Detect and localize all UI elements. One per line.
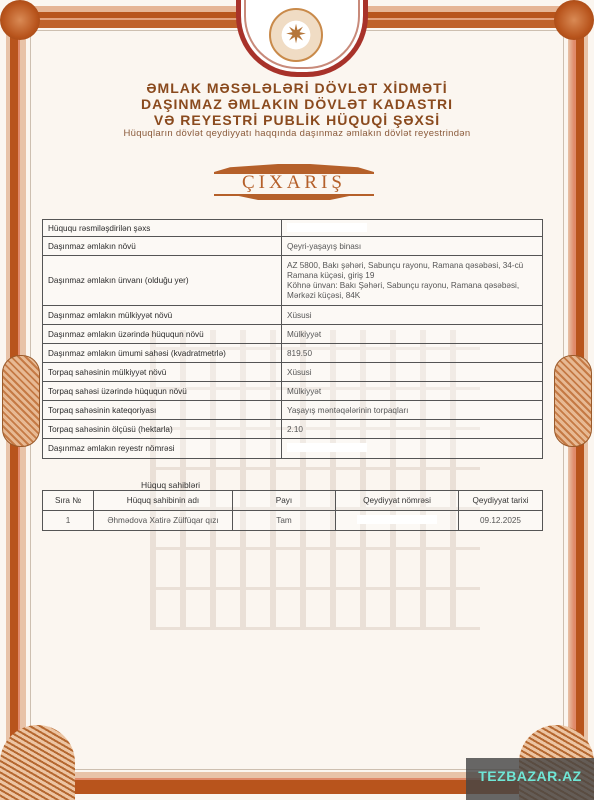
field-label: Torpaq sahəsi üzərində hüququn növü <box>43 382 282 401</box>
address-line: AZ 5800, Bakı şəhəri, Sabunçu rayonu, Ra… <box>287 261 537 271</box>
owner-share: Tam <box>233 511 336 531</box>
column-header: Qeydiyyat nömrəsi <box>336 491 459 511</box>
document-title: ÇIXARIŞ <box>214 172 374 194</box>
document-subtitle: Hüquqların dövlət qeydiyyatı haqqında da… <box>0 128 594 139</box>
table-row: Torpaq sahəsinin mülkiyyət növü Xüsusi <box>43 363 543 382</box>
column-header: Qeydiyyat tarixi <box>459 491 543 511</box>
field-value: Xüsusi <box>282 306 543 325</box>
registration-date: 09.12.2025 <box>459 511 543 531</box>
field-value-redacted <box>282 220 543 237</box>
table-row: Torpaq sahəsi üzərində hüququn növü Mülk… <box>43 382 543 401</box>
owner-name: Əhmədova Xatirə Zülfüqar qızı <box>94 511 233 531</box>
table-row: 1 Əhmədova Xatirə Zülfüqar qızı Tam 09.1… <box>43 511 543 531</box>
banner-ornament-top <box>214 164 374 172</box>
site-watermark-text: TEZBAZAR.AZ <box>466 768 594 784</box>
field-value: Mülkiyyət <box>282 382 543 401</box>
column-header: Sıra № <box>43 491 94 511</box>
field-label: Hüququ rəsmiləşdirilən şəxs <box>43 220 282 237</box>
field-label: Torpaq sahəsinin kateqoriyası <box>43 401 282 420</box>
table-row: Daşınmaz əmlakın üzərində hüququn növü M… <box>43 325 543 344</box>
property-info-table: Hüququ rəsmiləşdirilən şəxs Daşınmaz əml… <box>42 219 543 459</box>
field-value: Yaşayış məntəqələrinin torpaqları <box>282 401 543 420</box>
document-title-banner: ÇIXARIŞ <box>214 158 374 198</box>
column-header: Hüquq sahibinin adı <box>94 491 233 511</box>
column-header: Payı <box>233 491 336 511</box>
field-label: Daşınmaz əmlakın mülkiyyət növü <box>43 306 282 325</box>
field-label: Daşınmaz əmlakın növü <box>43 237 282 256</box>
field-label: Torpaq sahəsinin ölçüsü (hektarla) <box>43 420 282 439</box>
table-row: Torpaq sahəsinin kateqoriyası Yaşayış mə… <box>43 401 543 420</box>
org-title-line-3: VƏ REYESTRİ PUBLİK HÜQUQİ ŞƏXSİ <box>0 112 594 128</box>
field-label: Daşınmaz əmlakın reyestr nömrəsi <box>43 439 282 459</box>
owner-index: 1 <box>43 511 94 531</box>
redaction <box>287 443 367 452</box>
field-label: Torpaq sahəsinin mülkiyyət növü <box>43 363 282 382</box>
table-row: Hüququ rəsmiləşdirilən şəxs <box>43 220 543 237</box>
side-ornament-icon <box>2 355 40 447</box>
owners-table: Sıra № Hüquq sahibinin adı Payı Qeydiyya… <box>42 490 543 531</box>
state-emblem-icon: ✷ <box>269 8 323 62</box>
redaction <box>357 515 437 524</box>
field-label: Daşınmaz əmlakın ümumi sahəsi (kvadratme… <box>43 344 282 363</box>
address-line: Köhnə ünvan: Bakı Şəhəri, Sabunçu rayonu… <box>287 281 537 291</box>
address-line: Ramana küçəsi, giriş 19 <box>287 271 537 281</box>
table-row: Daşınmaz əmlakın ümumi sahəsi (kvadratme… <box>43 344 543 363</box>
corner-ornament-icon <box>554 0 594 40</box>
field-value-redacted <box>282 439 543 459</box>
registration-number-redacted <box>336 511 459 531</box>
address-line: Mərkəzi küçəsi, 84K <box>287 291 537 301</box>
owners-caption: Hüquq sahibləri <box>141 480 200 490</box>
org-title-line-1: ƏMLAK MƏSƏLƏLƏRİ DÖVLƏT XİDMƏTİ <box>0 80 594 96</box>
field-value: Qeyri-yaşayış binası <box>282 237 543 256</box>
field-label: Daşınmaz əmlakın ünvanı (olduğu yer) <box>43 256 282 306</box>
table-row: Daşınmaz əmlakın mülkiyyət növü Xüsusi <box>43 306 543 325</box>
site-watermark-badge: TEZBAZAR.AZ <box>466 758 594 800</box>
field-value: 2.10 <box>282 420 543 439</box>
table-row: Daşınmaz əmlakın reyestr nömrəsi <box>43 439 543 459</box>
side-ornament-icon <box>554 355 592 447</box>
table-row: Daşınmaz əmlakın növü Qeyri-yaşayış bina… <box>43 237 543 256</box>
redaction <box>287 223 367 232</box>
table-row: Daşınmaz əmlakın ünvanı (olduğu yer) AZ … <box>43 256 543 306</box>
field-label: Daşınmaz əmlakın üzərində hüququn növü <box>43 325 282 344</box>
corner-ornament-icon <box>0 0 40 40</box>
corner-guilloche-icon <box>0 725 75 800</box>
owners-header-row: Sıra № Hüquq sahibinin adı Payı Qeydiyya… <box>43 491 543 511</box>
org-title-line-2: DAŞINMAZ ƏMLAKIN DÖVLƏT KADASTRI <box>0 96 594 112</box>
table-row: Torpaq sahəsinin ölçüsü (hektarla) 2.10 <box>43 420 543 439</box>
field-value: Xüsusi <box>282 363 543 382</box>
certificate-page: ✷ ƏMLAK MƏSƏLƏLƏRİ DÖVLƏT XİDMƏTİ DAŞINM… <box>0 0 594 800</box>
field-value: Mülkiyyət <box>282 325 543 344</box>
field-value: 819.50 <box>282 344 543 363</box>
address-value: AZ 5800, Bakı şəhəri, Sabunçu rayonu, Ra… <box>282 256 543 306</box>
